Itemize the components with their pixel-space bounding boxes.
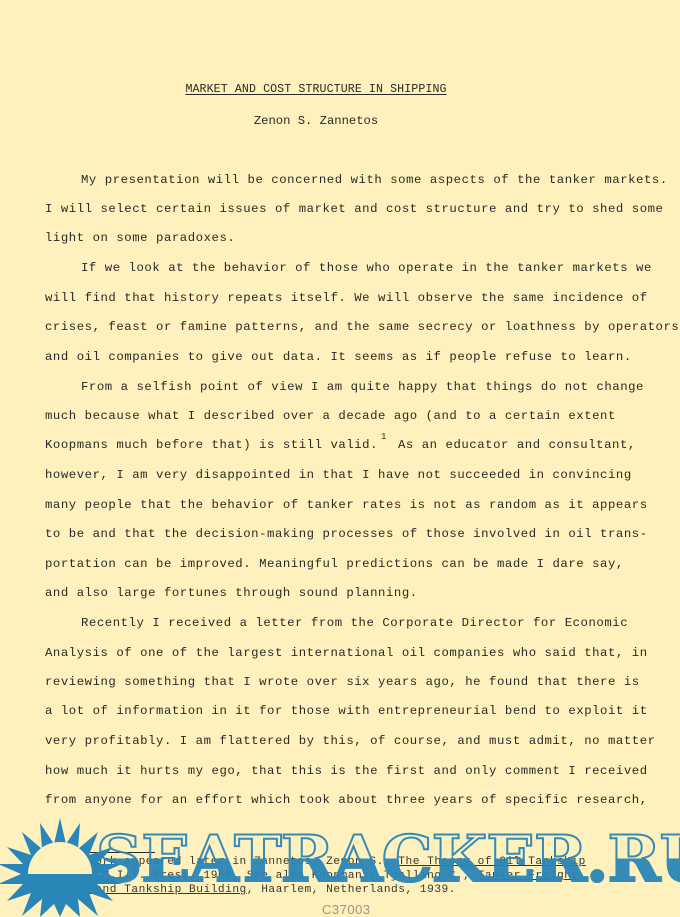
body-line-text: Koopmans much before that) is still vali… [45, 438, 378, 452]
body-line: from anyone for an effort which took abo… [45, 793, 648, 807]
body-line: many people that the behavior of tanker … [45, 498, 648, 512]
body-line: portation can be improved. Meaningful pr… [45, 557, 624, 571]
body-line: If we look at the behavior of those who … [81, 261, 652, 275]
watermark-text: SEATRACKER.RU [96, 828, 680, 892]
body-line: crises, feast or famine patterns, and th… [45, 320, 679, 334]
archive-stamp: C37003 [322, 902, 371, 917]
document-title: MARKET AND COST STRUCTURE IN SHIPPING [0, 83, 632, 96]
body-line-text: As an educator and consultant, [398, 438, 636, 452]
footnote-marker: 1 [44, 852, 49, 862]
document-page: MARKET AND COST STRUCTURE IN SHIPPING Ze… [0, 0, 680, 917]
body-line: From a selfish point of view I am quite … [81, 380, 644, 394]
body-line: a lot of information in it for those wit… [45, 704, 648, 718]
body-line: Analysis of one of the largest internati… [45, 646, 648, 660]
body-line: and oil companies to give out data. It s… [45, 350, 632, 364]
footnote-citation-title: Rates [52, 870, 88, 882]
body-line: to be and that the decision-making proce… [45, 527, 648, 541]
body-line: reviewing something that I wrote over si… [45, 675, 640, 689]
body-line: and also large fortunes through sound pl… [45, 586, 418, 600]
footnote-reference: 1 [381, 432, 387, 442]
body-line: however, I am very disappointed in that … [45, 468, 632, 482]
document-author: Zenon S. Zannetos [0, 114, 632, 128]
body-line: My presentation will be concerned with s… [81, 173, 668, 187]
body-line: Koopmans much before that) is still vali… [45, 438, 636, 452]
body-line: how much it hurts my ego, that this is t… [45, 764, 648, 778]
body-line: much because what I described over a dec… [45, 409, 616, 423]
body-line: I will select certain issues of market a… [45, 202, 664, 216]
body-line: Recently I received a letter from the Co… [81, 616, 628, 630]
body-line: will find that history repeats itself. W… [45, 291, 648, 305]
body-line: light on some paradoxes. [45, 231, 235, 245]
body-line: very profitably. I am flattered by this,… [45, 734, 656, 748]
